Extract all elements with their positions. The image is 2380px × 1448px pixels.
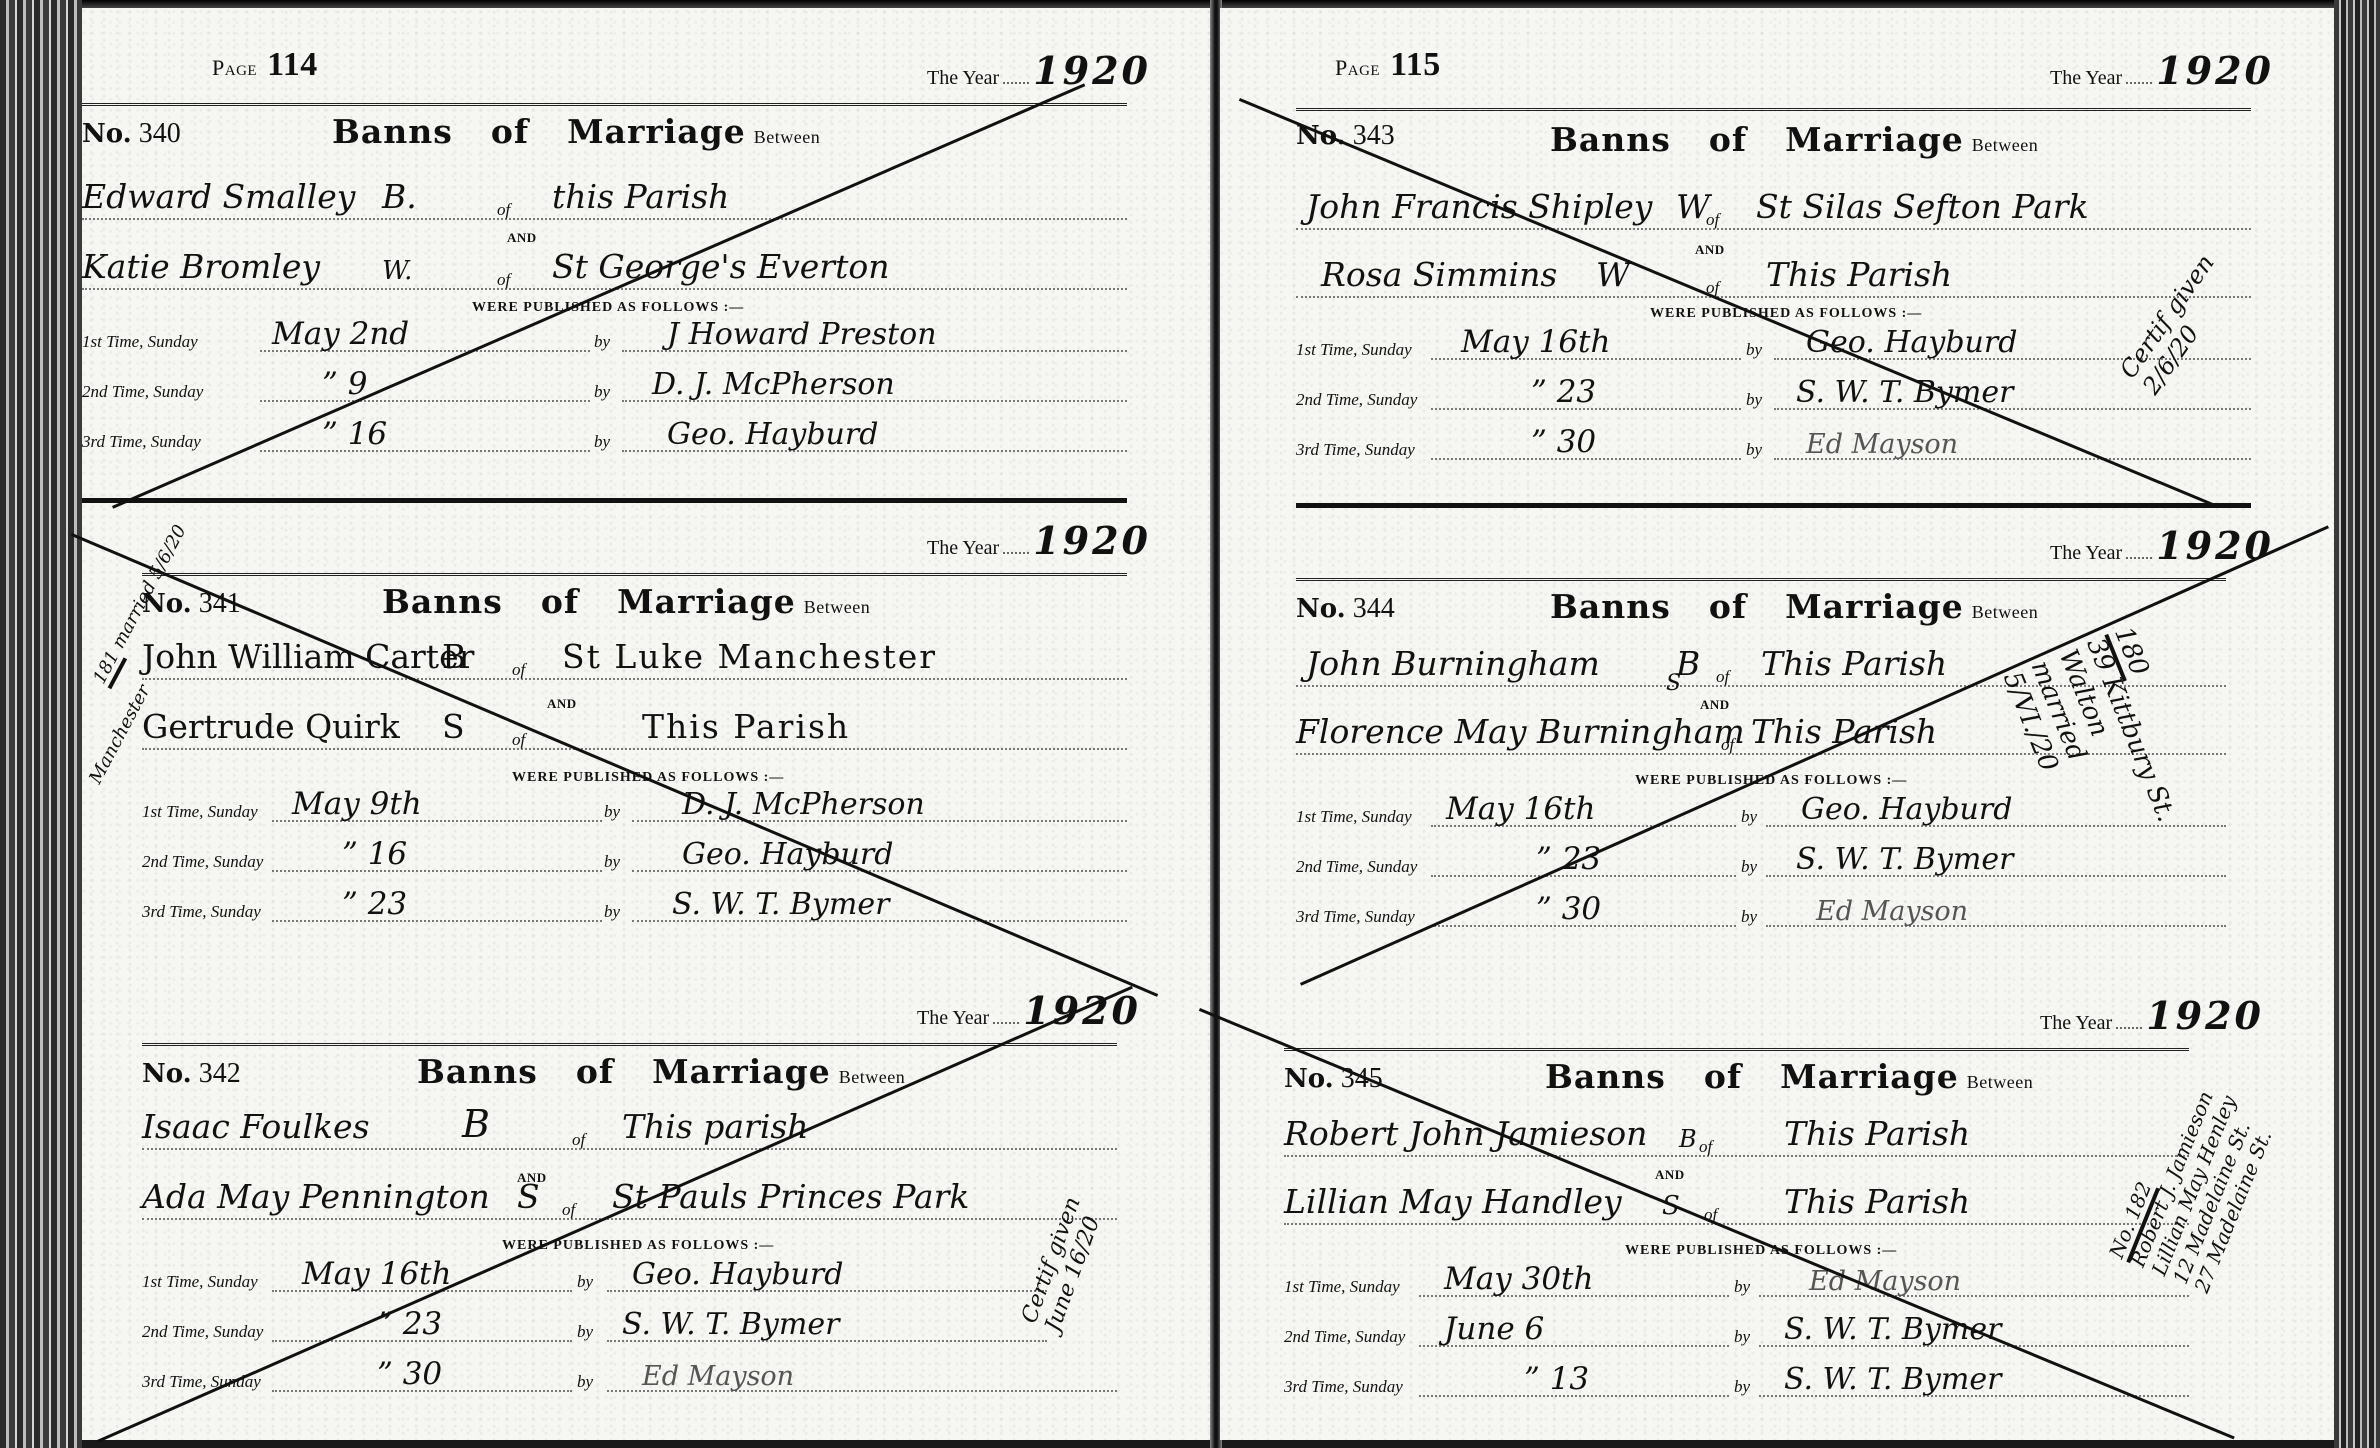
book-right-edge [2334, 0, 2380, 1448]
party2-residence: St George's Everton [552, 247, 889, 286]
publication-2: 2nd Time, Sunday ” 16 by Geo. Hayburd [142, 840, 1127, 878]
party1-residence: St Silas Sefton Park [1756, 187, 2089, 226]
year-value: 1920 [1033, 518, 1151, 563]
title-between: Between [1972, 602, 2038, 622]
title-marriage: Marriage [567, 112, 746, 151]
publication-label: 1st Time, Sunday [142, 802, 258, 822]
header-rule [142, 1043, 1117, 1046]
published-label: WERE PUBLISHED AS FOLLOWS :— [1625, 1243, 1897, 1259]
officiant-signature: D. J. McPherson [682, 787, 925, 822]
title-banns: Banns [1550, 587, 1671, 626]
officiant-signature: Ed Mayson [1816, 896, 1968, 927]
entry-title: BannsofMarriageBetween [417, 1052, 905, 1091]
entry-year: The Year1920 [927, 518, 1151, 563]
title-of: of [1709, 120, 1747, 159]
title-marriage: Marriage [652, 1052, 831, 1091]
party2-residence: This Parish [1784, 1182, 1970, 1221]
officiant-signature: Ed Mayson [642, 1361, 794, 1392]
entry-title: BannsofMarriageBetween [1550, 120, 2038, 159]
officiant-signature: S. W. T. Bymer [1796, 842, 2013, 877]
title-banns: Banns [1545, 1057, 1666, 1096]
entry-number-value: 343 [1353, 120, 1395, 151]
no-label: No. [142, 1059, 192, 1089]
entry-number: No. 344 [1296, 593, 1395, 625]
title-marriage: Marriage [1785, 587, 1964, 626]
entry-year: The Year1920 [2050, 48, 2274, 93]
publication-1: 1st Time, Sunday May 9th by D. J. McPher… [142, 790, 1127, 828]
party2-status: S [442, 707, 465, 746]
entry-year: The Year1920 [2040, 993, 2264, 1038]
publication-label: 2nd Time, Sunday [82, 382, 203, 402]
of-label: of [562, 1200, 575, 1220]
title-of: of [1704, 1057, 1742, 1096]
of-label: of [572, 1130, 585, 1150]
party2-status: S [517, 1177, 540, 1216]
by-label: by [1734, 1327, 1750, 1347]
officiant-signature: Geo. Hayburd [1806, 325, 2017, 360]
by-label: by [604, 852, 620, 872]
of-label: of [512, 730, 525, 750]
year-label: The Year [2050, 67, 2122, 89]
publication-3: 3rd Time, Sunday ” 30 by Ed Mayson [142, 1360, 1117, 1398]
banns-entry-341: The Year1920 No. 341 BannsofMarriageBetw… [82, 478, 1212, 948]
by-label: by [1741, 807, 1757, 827]
published-label: WERE PUBLISHED AS FOLLOWS :— [472, 300, 744, 316]
party1-name: Isaac Foulkes [142, 1107, 370, 1146]
publication-date: ” 13 [1524, 1361, 1589, 1397]
banns-entry-343: The Year1920 No. 343 BannsofMarriageBetw… [1220, 8, 2334, 478]
of-label: of [497, 270, 510, 290]
register-page-115: Page115 The Year1920 No. 343 BannsofMarr… [1220, 8, 2334, 1440]
by-label: by [1741, 857, 1757, 877]
of-label: of [1706, 210, 1719, 230]
publication-label: 1st Time, Sunday [1296, 807, 1412, 827]
party1-line: John Francis Shipley W of St Silas Sefto… [1296, 186, 2251, 230]
title-banns: Banns [1550, 120, 1671, 159]
publication-label: 3rd Time, Sunday [1296, 440, 1415, 460]
publication-3: 3rd Time, Sunday ” 23 by S. W. T. Bymer [142, 890, 1127, 928]
officiant-signature: D. J. McPherson [652, 367, 895, 402]
officiant-signature: Geo. Hayburd [632, 1257, 843, 1292]
party1-status: B [462, 1102, 490, 1146]
by-label: by [1741, 907, 1757, 927]
party1-name: Edward Smalley [82, 177, 355, 216]
officiant-signature: S. W. T. Bymer [672, 887, 889, 922]
party2-line: Ada May Pennington S of St Pauls Princes… [142, 1176, 1117, 1220]
by-label: by [594, 332, 610, 352]
officiant-signature: Geo. Hayburd [682, 837, 893, 872]
by-label: by [594, 432, 610, 452]
by-label: by [577, 1322, 593, 1342]
title-marriage: Marriage [617, 582, 796, 621]
title-between: Between [1972, 135, 2038, 155]
publication-date: ” 30 [1536, 891, 1601, 927]
party1-residence: This Parish [1761, 644, 1947, 683]
party1-name: John Francis Shipley [1306, 187, 1652, 226]
entry-number: No. 342 [142, 1058, 241, 1090]
entry-number-value: 340 [139, 118, 181, 149]
publication-label: 2nd Time, Sunday [1296, 857, 1417, 877]
by-label: by [594, 382, 610, 402]
title-banns: Banns [417, 1052, 538, 1091]
publication-2: 2nd Time, Sunday ” 23 by S. W. T. Bymer [142, 1310, 1117, 1348]
publication-date: May 2nd [272, 316, 409, 352]
party1-status: B [1679, 1125, 1697, 1153]
header-rule [82, 103, 1127, 106]
party2-status: W. [382, 256, 412, 286]
by-label: by [577, 1272, 593, 1292]
title-of: of [541, 582, 579, 621]
entry-year: The Year1920 [917, 988, 1141, 1033]
publication-label: 3rd Time, Sunday [142, 902, 261, 922]
title-between: Between [839, 1067, 905, 1087]
title-marriage: Marriage [1780, 1057, 1959, 1096]
entry-year: The Year1920 [927, 48, 1151, 93]
party2-name: Florence May Burningham [1296, 712, 1745, 751]
of-label: of [497, 200, 510, 220]
party1-residence: This Parish [1784, 1114, 1970, 1153]
publication-date: May 30th [1444, 1261, 1593, 1297]
party2-residence: St Pauls Princes Park [612, 1177, 969, 1216]
publication-1: 1st Time, Sunday May 30th by Ed Mayson [1284, 1265, 2189, 1303]
margin-note-345: No. 182 Robert J. Jamieson Lillian May H… [2105, 1075, 2283, 1296]
year-label: The Year [2050, 542, 2122, 564]
publication-1: 1st Time, Sunday May 16th by Geo. Haybur… [1296, 328, 2251, 366]
party2-name: Katie Bromley [82, 247, 320, 286]
by-label: by [1734, 1377, 1750, 1397]
by-label: by [1746, 390, 1762, 410]
of-label: of [1699, 1137, 1712, 1157]
no-label: No. [82, 119, 132, 149]
entry-number: No. 343 [1296, 120, 1395, 152]
party2-name: Gertrude Quirk [142, 707, 400, 746]
publication-2: 2nd Time, Sunday ” 23 by S. W. T. Bymer [1296, 378, 2251, 416]
title-banns: Banns [382, 582, 503, 621]
publication-date: ” 16 [322, 416, 387, 452]
header-rule [142, 573, 1127, 576]
officiant-signature: S. W. T. Bymer [1784, 1362, 2001, 1397]
title-of: of [576, 1052, 614, 1091]
officiant-signature: S. W. T. Bymer [1796, 375, 2013, 410]
party2-name: Rosa Simmins [1321, 255, 1557, 294]
published-label: WERE PUBLISHED AS FOLLOWS :— [1650, 306, 1922, 322]
publication-label: 2nd Time, Sunday [1284, 1327, 1405, 1347]
register-number: 181 [89, 647, 127, 689]
and-label: AND [507, 230, 537, 246]
publication-date: June 6 [1444, 1311, 1544, 1347]
party2-status: S [1666, 671, 1681, 696]
banns-entry-340: The Year1920 No. 340 BannsofMarriageBetw… [82, 8, 1212, 478]
officiant-signature: Geo. Hayburd [1801, 792, 2012, 827]
by-label: by [604, 902, 620, 922]
of-label: of [1721, 735, 1734, 755]
publication-3: 3rd Time, Sunday ” 30 by Ed Mayson [1296, 895, 2226, 933]
year-label: The Year [927, 537, 999, 559]
party1-name: John William Carter [142, 637, 474, 676]
publication-label: 3rd Time, Sunday [1296, 907, 1415, 927]
title-of: of [1709, 587, 1747, 626]
entry-number-value: 344 [1353, 593, 1395, 624]
entry-year: The Year1920 [2050, 523, 2274, 568]
entry-title: BannsofMarriageBetween [1550, 587, 2038, 626]
publication-date: May 16th [302, 1256, 451, 1292]
title-marriage: Marriage [1785, 120, 1964, 159]
by-label: by [1734, 1277, 1750, 1297]
party2-residence: This Parish [1766, 255, 1952, 294]
party1-line: Edward Smalley B. of this Parish [82, 176, 1127, 220]
year-label: The Year [917, 1007, 989, 1029]
entry-number-value: 342 [199, 1058, 241, 1089]
publication-label: 2nd Time, Sunday [1296, 390, 1417, 410]
header-rule [1296, 578, 2226, 581]
publication-label: 3rd Time, Sunday [82, 432, 201, 452]
year-value: 1920 [1033, 48, 1151, 93]
publication-date: May 16th [1446, 791, 1595, 827]
entry-title: BannsofMarriageBetween [382, 582, 870, 621]
year-value: 1920 [2156, 48, 2274, 93]
publication-label: 1st Time, Sunday [1284, 1277, 1400, 1297]
publication-date: ” 23 [342, 886, 407, 922]
party2-name: Ada May Pennington [142, 1177, 490, 1216]
party1-status: B. [382, 177, 417, 216]
party2-residence: This Parish [1751, 712, 1937, 751]
party1-name: John Burningham [1306, 644, 1600, 683]
year-label: The Year [2040, 1012, 2112, 1034]
party1-line: Robert John Jamieson B of This Parish [1284, 1113, 2189, 1157]
publication-date: ” 30 [377, 1356, 442, 1392]
party1-line: John William Carter B of St Luke Manches… [142, 636, 1127, 680]
party1-line: Isaac Foulkes B of This parish [142, 1106, 1117, 1150]
publication-2: 2nd Time, Sunday ” 9 by D. J. McPherson [82, 370, 1127, 408]
title-between: Between [754, 127, 820, 147]
by-label: by [1746, 440, 1762, 460]
title-between: Between [804, 597, 870, 617]
no-label: No. [1296, 594, 1346, 624]
publication-date: May 9th [292, 786, 422, 822]
party1-status: W [1676, 187, 1710, 226]
publication-label: 2nd Time, Sunday [142, 852, 263, 872]
officiant-signature: J Howard Preston [667, 317, 937, 352]
banns-entry-344: The Year1920 No. 344 BannsofMarriageBetw… [1220, 483, 2334, 953]
party1-residence: St Luke Manchester [562, 637, 937, 676]
publication-label: 1st Time, Sunday [1296, 340, 1412, 360]
by-label: by [1746, 340, 1762, 360]
register-page-114: Page114 The Year1920 No. 340 BannsofMarr… [82, 8, 1212, 1440]
entry-title: BannsofMarriageBetween [332, 112, 820, 151]
party2-line: Gertrude Quirk S of This Parish [142, 706, 1127, 750]
header-rule [1296, 108, 2251, 111]
officiant-signature: Ed Mayson [1806, 429, 1958, 460]
publication-label: 1st Time, Sunday [82, 332, 198, 352]
by-label: by [577, 1372, 593, 1392]
publication-1: 1st Time, Sunday May 2nd by J Howard Pre… [82, 320, 1127, 358]
officiant-signature: Geo. Hayburd [667, 417, 878, 452]
publication-date: ” 16 [342, 836, 407, 872]
no-label: No. [1284, 1064, 1334, 1094]
book-left-edge [0, 0, 82, 1448]
publication-1: 1st Time, Sunday May 16th by Geo. Haybur… [142, 1260, 1117, 1298]
header-rule [1284, 1048, 2189, 1051]
publication-date: May 16th [1461, 324, 1610, 360]
party2-residence: This Parish [642, 707, 850, 746]
entry-title: BannsofMarriageBetween [1545, 1057, 2033, 1096]
party2-name: Lillian May Handley [1284, 1182, 1622, 1221]
party2-line: Rosa Simmins W of This Parish [1296, 254, 2251, 298]
title-between: Between [1967, 1072, 2033, 1092]
year-value: 1920 [2156, 523, 2274, 568]
entry-number: No. 340 [82, 118, 181, 150]
of-label: of [1716, 667, 1729, 687]
publication-label: 2nd Time, Sunday [142, 1322, 263, 1342]
of-label: of [512, 660, 525, 680]
publication-3: 3rd Time, Sunday ” 13 by S. W. T. Bymer [1284, 1365, 2189, 1403]
year-label: The Year [927, 67, 999, 89]
banns-entry-345: The Year1920 No. 345 BannsofMarriageBetw… [1220, 953, 2334, 1423]
publication-2: 2nd Time, Sunday June 6 by S. W. T. Byme… [1284, 1315, 2189, 1353]
publication-date: ” 23 [1536, 841, 1601, 877]
publication-date: ” 30 [1531, 424, 1596, 460]
publication-date: ” 23 [1531, 374, 1596, 410]
year-value: 1920 [2146, 993, 2264, 1038]
officiant-signature: S. W. T. Bymer [622, 1307, 839, 1342]
publication-label: 3rd Time, Sunday [1284, 1377, 1403, 1397]
party2-line: Lillian May Handley S of This Parish [1284, 1181, 2189, 1225]
title-of: of [491, 112, 529, 151]
party1-status: B [442, 637, 466, 676]
party2-line: Katie Bromley W. of St George's Everton [82, 246, 1127, 290]
title-banns: Banns [332, 112, 453, 151]
banns-entry-342: The Year1920 No. 342 BannsofMarriageBetw… [82, 948, 1212, 1418]
party1-residence: this Parish [552, 177, 729, 216]
publication-label: 1st Time, Sunday [142, 1272, 258, 1292]
by-label: by [604, 802, 620, 822]
